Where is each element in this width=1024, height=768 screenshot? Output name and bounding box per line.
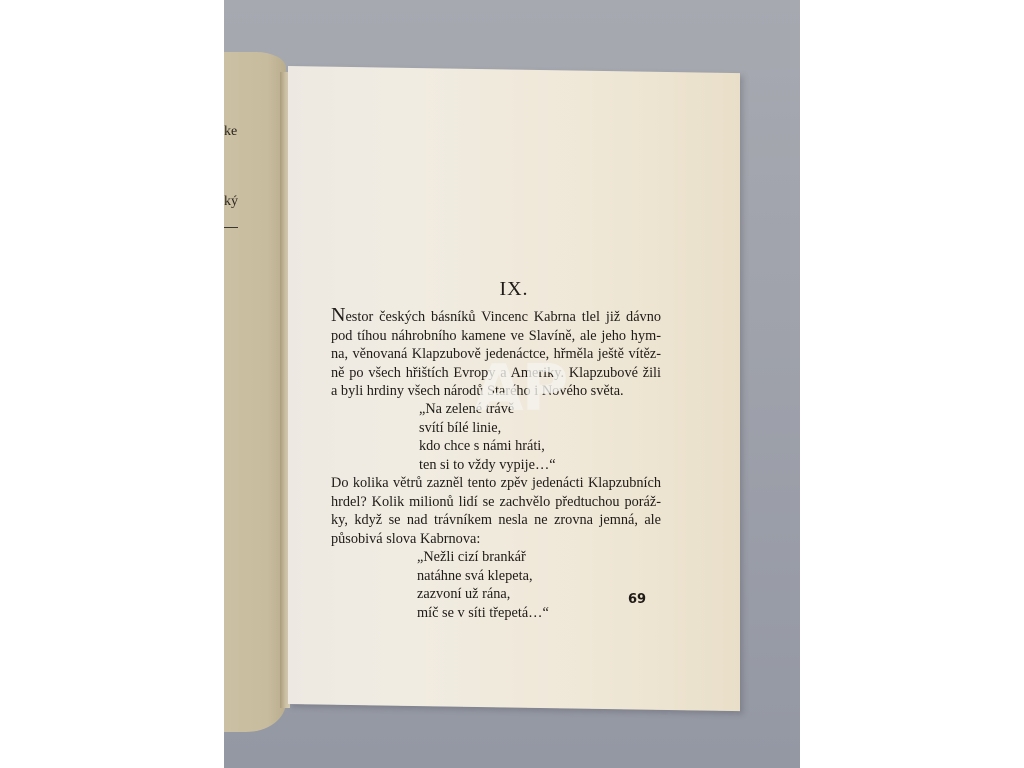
text-line: pod tíhou náhrobního kamene ve Slavíně, …	[331, 327, 661, 346]
text-line: působivá slova Kabrnova:	[331, 530, 661, 549]
text-line: ky, když se nad trávníkem nesla ne zrovn…	[331, 511, 661, 530]
text-line: Do kolika větrů zazněl tento zpěv jedená…	[331, 474, 661, 493]
book-photo: ke ký IX. Nestor českých básníků Vincenc…	[224, 0, 800, 768]
watermark: AP	[474, 352, 566, 426]
verse-line: natáhne svá klepeta,	[417, 567, 549, 586]
paragraph-2: Do kolika větrů zazněl tento zpěv jedená…	[331, 474, 661, 548]
verse-line: zazvoní už rána,	[417, 585, 549, 604]
left-page-fragment: ký	[224, 194, 238, 210]
verse-line: kdo chce s námi hráti,	[419, 437, 556, 456]
verse-line: „Nežli cizí brankář	[417, 548, 549, 567]
drop-cap: N	[331, 304, 345, 326]
verse-2: „Nežli cizí brankář natáhne svá klepeta,…	[417, 548, 549, 622]
page-number: 69	[628, 592, 646, 607]
left-page-rule	[224, 227, 238, 228]
verse-line: ten si to vždy vypije…“	[419, 456, 556, 475]
left-page-fragment: ke	[224, 124, 237, 140]
text-line: hrdel? Kolik milionů lidí se zachvělo př…	[331, 493, 661, 512]
left-page: ke ký	[224, 52, 286, 732]
chapter-title: IX.	[288, 278, 740, 301]
verse-line: míč se v síti třepetá…“	[417, 604, 549, 623]
